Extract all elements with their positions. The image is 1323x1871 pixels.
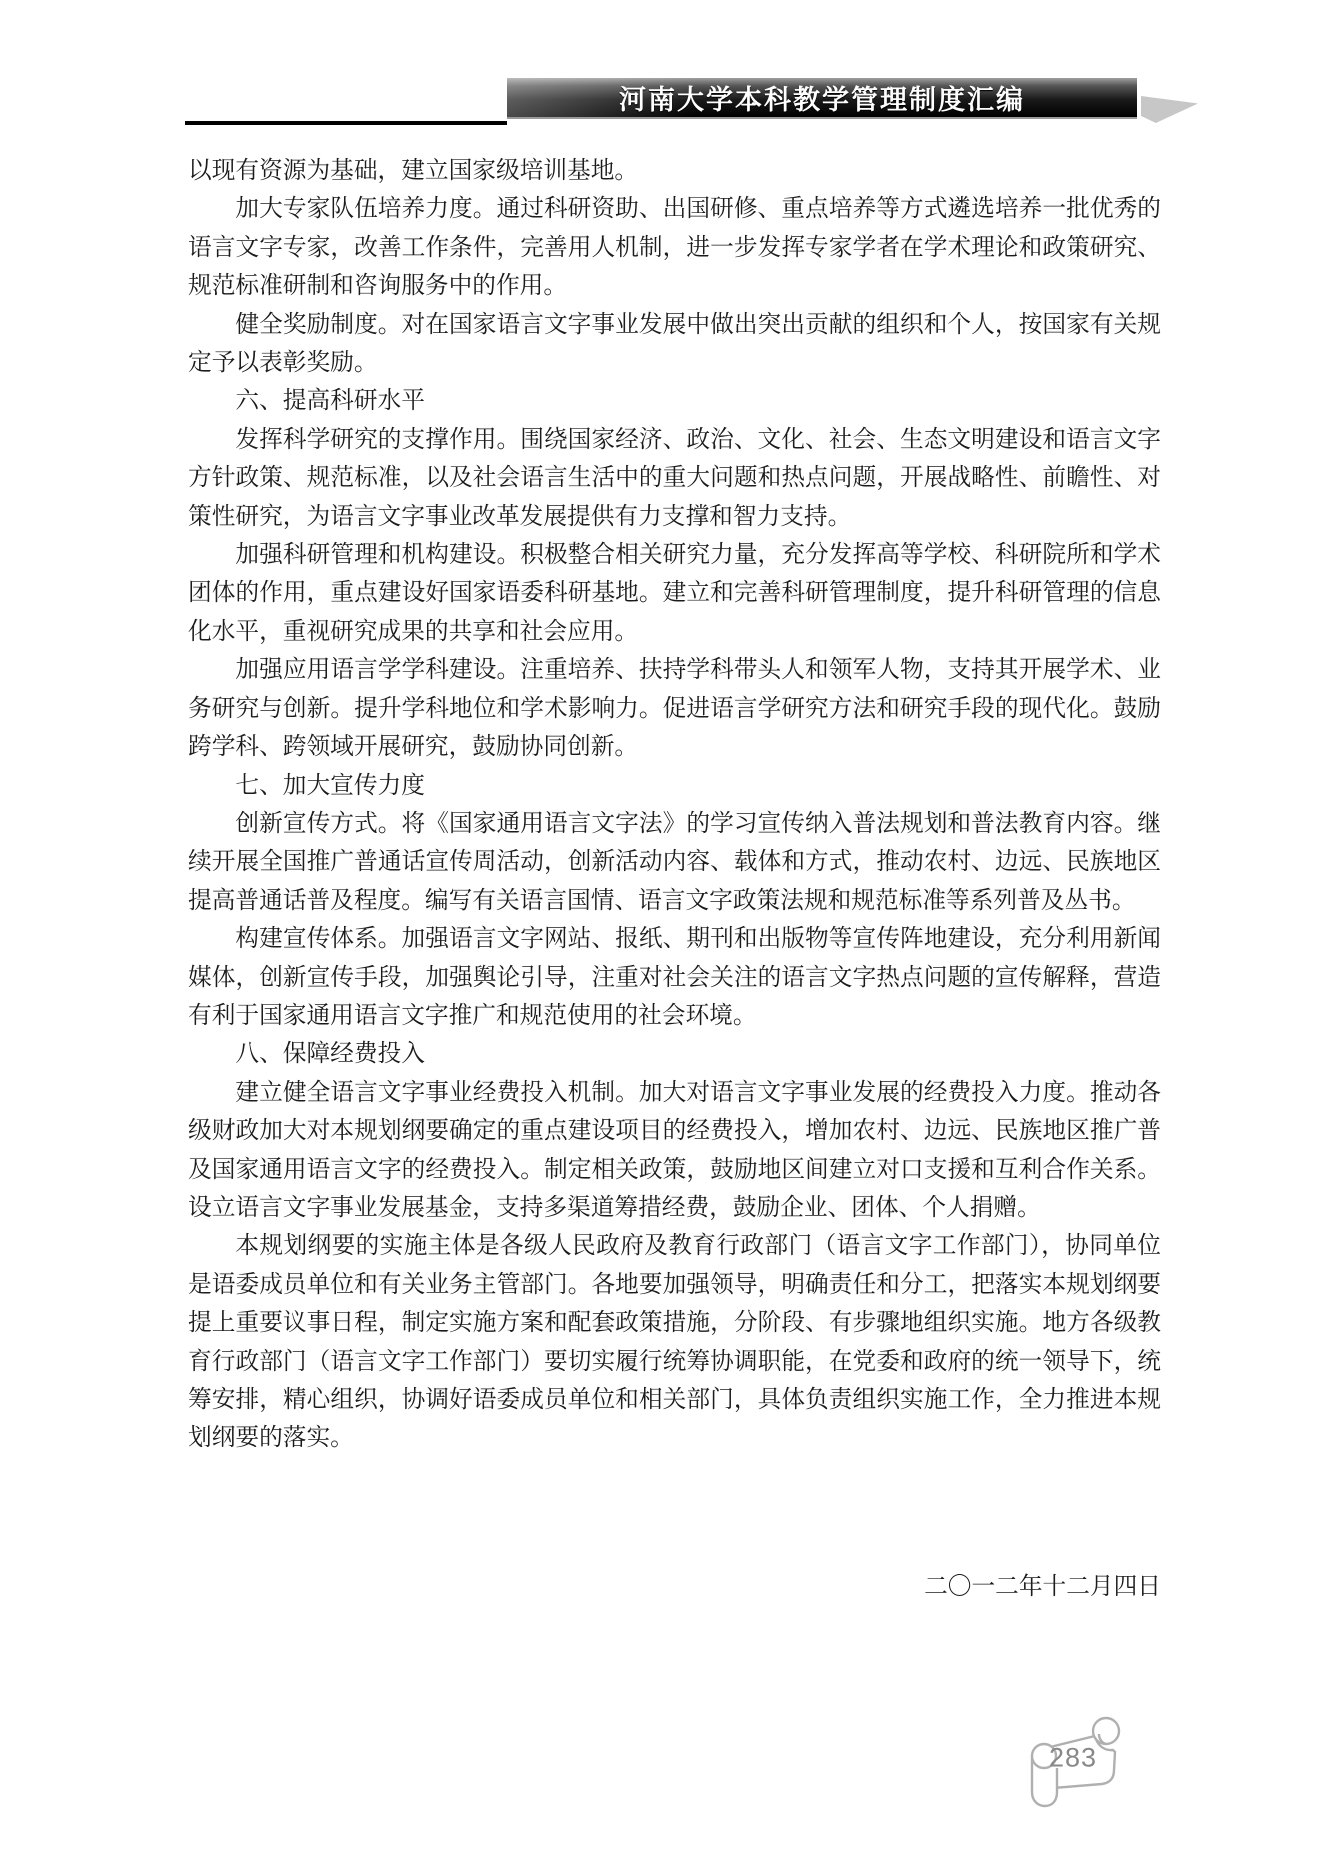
paragraph: 加强应用语言学学科建设。注重培养、扶持学科带头人和领军人物，支持其开展学术、业务… bbox=[188, 651, 1161, 766]
page-number: 283 bbox=[1049, 1743, 1097, 1774]
paragraph: 发挥科学研究的支撑作用。围绕国家经济、政治、文化、社会、生态文明建设和语言文字方… bbox=[188, 421, 1161, 536]
paragraph: 健全奖励制度。对在国家语言文字事业发展中做出突出贡献的组织和个人，按国家有关规定… bbox=[188, 306, 1161, 383]
section-heading: 八、保障经费投入 bbox=[188, 1035, 1161, 1073]
paragraph: 加强科研管理和机构建设。积极整合相关研究力量，充分发挥高等学校、科研院所和学术团… bbox=[188, 536, 1161, 651]
header-arrow-decoration bbox=[1141, 96, 1198, 123]
paragraph: 本规划纲要的实施主体是各级人民政府及教育行政部门（语言文字工作部门），协同单位是… bbox=[188, 1227, 1161, 1457]
header-banner: 河南大学本科教学管理制度汇编 bbox=[507, 78, 1137, 119]
section-heading: 六、提高科研水平 bbox=[188, 382, 1161, 420]
paragraph: 以现有资源为基础，建立国家级培训基地。 bbox=[188, 152, 1161, 190]
header-title: 河南大学本科教学管理制度汇编 bbox=[619, 78, 1025, 117]
paragraph: 建立健全语言文字事业经费投入机制。加大对语言文字事业发展的经费投入力度。推动各级… bbox=[188, 1074, 1161, 1228]
document-page: 河南大学本科教学管理制度汇编 以现有资源为基础，建立国家级培训基地。 加大专家队… bbox=[0, 0, 1323, 1871]
document-body: 以现有资源为基础，建立国家级培训基地。 加大专家队伍培养力度。通过科研资助、出国… bbox=[188, 152, 1161, 1606]
paragraph: 创新宣传方式。将《国家通用语言文字法》的学习宣传纳入普法规划和普法教育内容。继续… bbox=[188, 805, 1161, 920]
header-rule-line bbox=[185, 121, 507, 125]
date-line: 二〇一二年十二月四日 bbox=[188, 1568, 1161, 1606]
section-heading: 七、加大宣传力度 bbox=[188, 767, 1161, 805]
page-number-scroll: 283 bbox=[1008, 1712, 1130, 1808]
paragraph: 构建宣传体系。加强语言文字网站、报纸、期刊和出版物等宣传阵地建设，充分利用新闻媒… bbox=[188, 920, 1161, 1035]
paragraph: 加大专家队伍培养力度。通过科研资助、出国研修、重点培养等方式遴选培养一批优秀的语… bbox=[188, 190, 1161, 305]
